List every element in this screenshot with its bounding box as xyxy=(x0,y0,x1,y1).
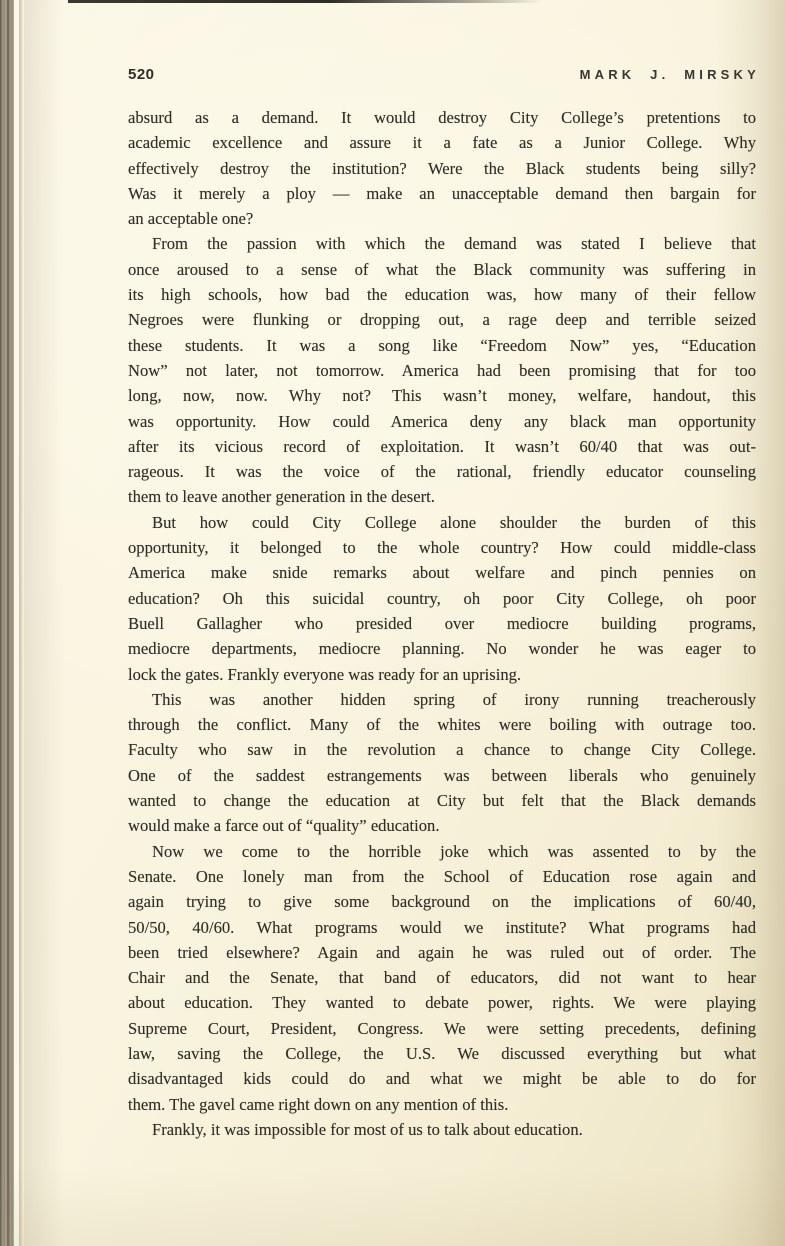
paragraph: This was another hidden spring of irony … xyxy=(128,687,756,839)
text-line: an acceptable one? xyxy=(128,206,756,231)
text-line: 50/50, 40/60. What programs would we ins… xyxy=(128,915,756,940)
book-page-scan: 520 MARK J. MIRSKY absurd as a demand. I… xyxy=(0,0,785,1246)
text-line: lock the gates. Frankly everyone was rea… xyxy=(128,662,756,687)
text-line: absurd as a demand. It would destroy Cit… xyxy=(128,105,756,130)
text-line: Senate. One lonely man from the School o… xyxy=(128,864,756,889)
text-line: Now we come to the horrible joke which w… xyxy=(128,839,756,864)
paragraph: But how could City College alone shoulde… xyxy=(128,510,756,687)
paragraph: From the passion with which the demand w… xyxy=(128,231,756,509)
text-line: Chair and the Senate, that band of educa… xyxy=(128,965,756,990)
text-line: education? Oh this suicidal country, oh … xyxy=(128,586,756,611)
gutter-shadow xyxy=(24,0,64,1246)
text-line: through the conflict. Many of the whites… xyxy=(128,712,756,737)
text-line: these students. It was a song like “Free… xyxy=(128,333,756,358)
text-line: This was another hidden spring of irony … xyxy=(128,687,756,712)
text-line: was opportunity. How could America deny … xyxy=(128,409,756,434)
text-line: once aroused to a sense of what the Blac… xyxy=(128,257,756,282)
text-line: after its vicious record of exploitation… xyxy=(128,434,756,459)
paragraph: absurd as a demand. It would destroy Cit… xyxy=(128,105,756,231)
text-line: America make snide remarks about welfare… xyxy=(128,560,756,585)
text-line: Negroes were flunking or dropping out, a… xyxy=(128,307,756,332)
text-line: Buell Gallagher who presided over medioc… xyxy=(128,611,756,636)
text-line: long, now, now. Why not? This wasn’t mon… xyxy=(128,383,756,408)
text-line: been tried elsewhere? Again and again he… xyxy=(128,940,756,965)
text-line: But how could City College alone shoulde… xyxy=(128,510,756,535)
running-head: 520 MARK J. MIRSKY xyxy=(128,66,756,83)
text-line: them to leave another generation in the … xyxy=(128,484,756,509)
author-running-title: MARK J. MIRSKY xyxy=(580,67,760,82)
page-body: absurd as a demand. It would destroy Cit… xyxy=(128,105,756,1142)
scan-top-edge-artifact xyxy=(68,0,543,3)
text-line: effectively destroy the institution? Wer… xyxy=(128,156,756,181)
text-line: again trying to give some background on … xyxy=(128,889,756,914)
text-line: Now” not later, not tomorrow. America ha… xyxy=(128,358,756,383)
text-line: opportunity, it belonged to the whole co… xyxy=(128,535,756,560)
text-line: Faculty who saw in the revolution a chan… xyxy=(128,737,756,762)
text-line: law, saving the College, the U.S. We dis… xyxy=(128,1041,756,1066)
text-line: wanted to change the education at City b… xyxy=(128,788,756,813)
text-line: would make a farce out of “quality” educ… xyxy=(128,813,756,838)
paragraph: Now we come to the horrible joke which w… xyxy=(128,839,756,1117)
text-line: mediocre departments, mediocre planning.… xyxy=(128,636,756,661)
page-bottom-shading xyxy=(0,1166,785,1246)
book-binding-edge xyxy=(0,0,14,1246)
text-line: academic excellence and assure it a fate… xyxy=(128,130,756,155)
page-number: 520 xyxy=(128,66,155,83)
text-line: Frankly, it was impossible for most of u… xyxy=(128,1117,756,1142)
text-line: its high schools, how bad the education … xyxy=(128,282,756,307)
text-line: One of the saddest estrangements was bet… xyxy=(128,763,756,788)
text-line: Was it merely a ploy — make an unaccepta… xyxy=(128,181,756,206)
text-line: them. The gavel came right down on any m… xyxy=(128,1092,756,1117)
paragraph: Frankly, it was impossible for most of u… xyxy=(128,1117,756,1142)
text-line: Supreme Court, President, Congress. We w… xyxy=(128,1016,756,1041)
text-line: From the passion with which the demand w… xyxy=(128,231,756,256)
text-line: disadvantaged kids could do and what we … xyxy=(128,1066,756,1091)
text-line: about education. They wanted to debate p… xyxy=(128,990,756,1015)
text-line: rageous. It was the voice of the rationa… xyxy=(128,459,756,484)
